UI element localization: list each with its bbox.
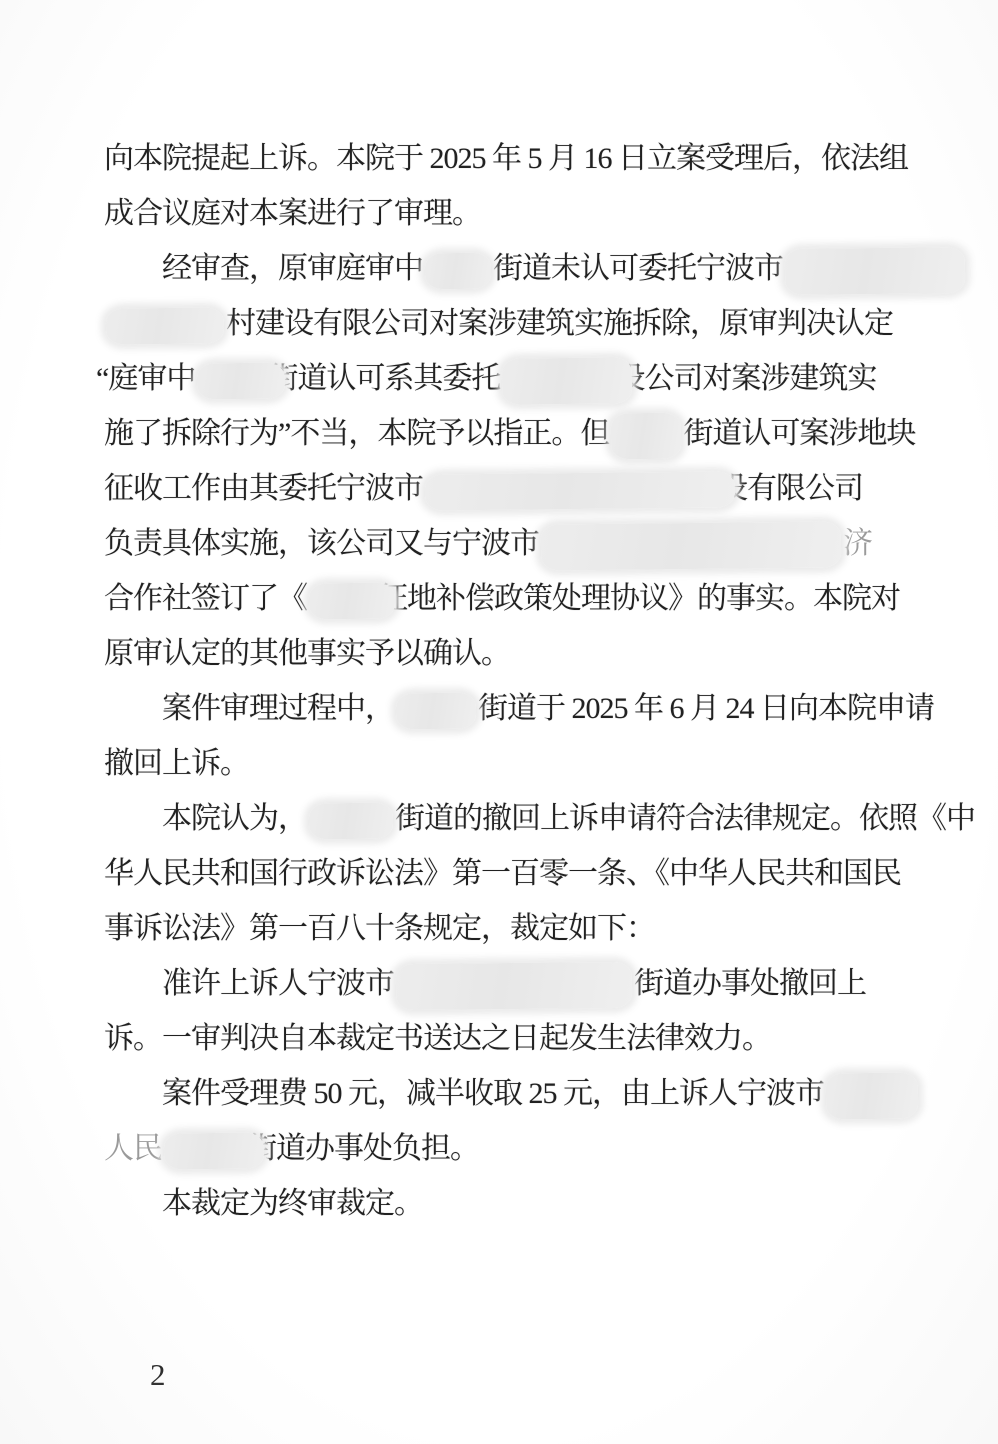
text-segment: 街道于 2025 年 6 月 24 日向本院申请 (478, 692, 934, 725)
redaction-blob (164, 1133, 264, 1170)
text-segment: 村建设有限公司对案涉建筑实施拆除，原审判决认定 (226, 307, 893, 340)
text-segment: 街道办事处撤回上 (634, 967, 866, 1000)
document-line: 人民街道办事处负担。 (104, 1121, 974, 1176)
text-segment: 案件审理过程中， (162, 692, 394, 725)
text-segment: 征收工作由其委托宁波市 (104, 472, 423, 505)
redaction-blob (425, 253, 491, 290)
text-segment: 合作社签订了《 (104, 582, 307, 615)
document-line: “庭审中街道认可系其委托设公司对案涉建筑实 (96, 351, 974, 406)
text-segment: 事诉讼法》第一百八十条规定，裁定如下： (104, 912, 655, 945)
text-segment: 案件受理费 50 元，减半收取 25 元，由上诉人宁波市 (162, 1077, 824, 1110)
text-segment: 原审认定的其他事实予以确认。 (104, 637, 510, 670)
redaction-blob (611, 413, 681, 460)
text-segment: 向本院提起上诉。本院于 2025 年 5 月 16 日立案受理后，依法组 (104, 142, 908, 175)
text-segment: 设有限公司 (718, 472, 863, 505)
document-line: 成合议庭对本案进行了审理。 (104, 186, 974, 241)
document-line: 本院认为，街道的撤回上诉申请符合法律规定。依照《中 (104, 791, 974, 846)
text-segment: 经审查，原审庭审中 (162, 252, 423, 285)
redaction-blob (309, 803, 393, 840)
text-segment: 人民 (104, 1132, 162, 1165)
redaction-blob (309, 583, 395, 620)
page-number: 2 (150, 1355, 166, 1395)
document-line: 原审认定的其他事实予以确认。 (104, 626, 974, 681)
document-line: 本裁定为终审裁定。 (104, 1176, 974, 1231)
redaction-blob (396, 693, 476, 730)
document-line: 事诉讼法》第一百八十条规定，裁定如下： (104, 901, 974, 956)
document-line: 华人民共和国行政诉讼法》第一百零一条、《中华人民共和国民 (104, 846, 974, 901)
document-line: 征收工作由其委托宁波市设有限公司 (104, 461, 974, 516)
document-line: 施了拆除行为”不当，本院予以指正。但街道认可案涉地块 (104, 406, 974, 461)
redaction-blob (425, 471, 735, 510)
text-segment: 街道认可系其委托 (268, 362, 500, 395)
document-line: 合作社签订了《征地补偿政策处理协议》的事实。本院对 (104, 571, 974, 626)
document-line: 诉。一审判决自本裁定书送达之日起发生法律效力。 (104, 1011, 974, 1066)
text-segment: 准许上诉人宁波市 (162, 967, 394, 1000)
redaction-blob (106, 307, 224, 344)
redaction-blob (197, 363, 285, 400)
text-segment: 撤回上诉。 (104, 747, 249, 780)
text-segment: 设公司对案涉建筑实 (615, 362, 876, 395)
text-segment: 征地补偿政策处理协议》的事实。本院对 (378, 582, 900, 615)
redaction-blob (541, 522, 841, 571)
text-segment: 本裁定为终审裁定。 (162, 1187, 423, 1220)
document-line: 撤回上诉。 (104, 736, 974, 791)
text-segment: 济 (843, 527, 872, 560)
text-segment: 街道的撤回上诉申请符合法律规定。依照《中 (395, 802, 975, 835)
text-segment: 华人民共和国行政诉讼法》第一百零一条、《中华人民共和国民 (104, 857, 901, 890)
text-segment: 诉。一审判决自本裁定书送达之日起发生法律效力。 (104, 1022, 771, 1055)
redaction-blob (785, 247, 965, 295)
document-line: 向本院提起上诉。本院于 2025 年 5 月 16 日立案受理后，依法组 (104, 131, 974, 186)
document-line: 案件审理过程中，街道于 2025 年 6 月 24 日向本院申请 (104, 681, 974, 736)
text-segment: “庭审中 (96, 362, 195, 395)
redaction-blob (826, 1073, 918, 1120)
document-lines: 向本院提起上诉。本院于 2025 年 5 月 16 日立案受理后，依法组成合议庭… (104, 131, 974, 1231)
text-segment: 街道办事处负担。 (247, 1132, 479, 1165)
document-line: 村建设有限公司对案涉建筑实施拆除，原审判决认定 (104, 296, 974, 351)
text-segment: 负责具体实施，该公司又与宁波市 (104, 527, 539, 560)
text-segment: 街道认可案涉地块 (683, 417, 915, 450)
document-line: 负责具体实施，该公司又与宁波市济 (104, 516, 974, 571)
document-line: 准许上诉人宁波市街道办事处撤回上 (104, 956, 974, 1011)
document-line: 经审查，原审庭审中街道未认可委托宁波市 (104, 241, 974, 296)
redaction-blob (502, 357, 632, 404)
text-segment: 街道未认可委托宁波市 (493, 252, 783, 285)
document-line: 案件受理费 50 元，减半收取 25 元，由上诉人宁波市 (104, 1066, 974, 1121)
text-segment: 施了拆除行为”不当，本院予以指正。但 (104, 417, 609, 450)
redaction-blob (396, 962, 632, 1010)
text-segment: 本院认为， (162, 802, 307, 835)
scanned-document-page: 向本院提起上诉。本院于 2025 年 5 月 16 日立案受理后，依法组成合议庭… (0, 0, 998, 1444)
text-segment: 成合议庭对本案进行了审理。 (104, 197, 481, 230)
